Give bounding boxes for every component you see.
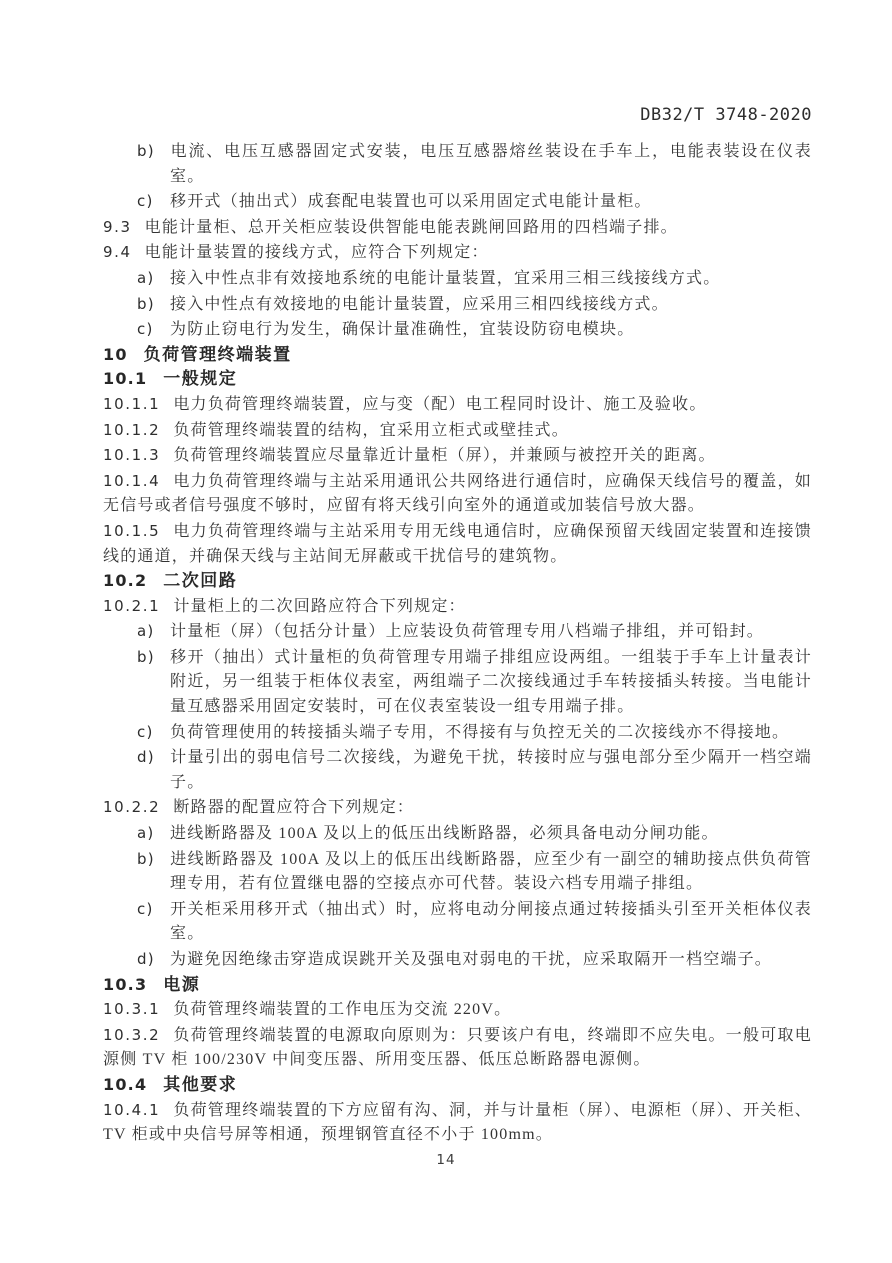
heading-text: 二次回路 [163,571,237,590]
clause-text: 电能计量装置的接线方式，应符合下列规定： [145,244,489,261]
clause-10-2-2: 10.2.2断路器的配置应符合下列规定： [103,795,812,821]
section-heading-10-4: 10.4其他要求 [103,1073,812,1098]
clause-10-4-1: 10.4.1负荷管理终端装置的下方应留有沟、洞，并与计量柜（屏）、电源柜（屏）、… [103,1098,812,1148]
clause-10-3-1: 10.3.1负荷管理终端装置的工作电压为交流 220V。 [103,997,812,1023]
list-text: 负荷管理使用的转接插头端子专用，不得接有与负控无关的二次接线亦不得接地。 [170,724,789,741]
list-text: 为避免因绝缘击穿造成误跳开关及强电对弱电的干扰，应采取隔开一档空端子。 [170,951,772,968]
list-item-a: a)进线断路器及 100A 及以上的低压出线断路器，必须具备电动分闸功能。 [103,821,812,847]
list-item-b: b)进线断路器及 100A 及以上的低压出线断路器，应至少有一副空的辅助接点供负… [103,847,812,897]
heading-text: 电源 [163,975,200,994]
list-item-b: b)移开（抽出）式计量柜的负荷管理专用端子排组应设两组。一组装于手车上计量表计附… [103,645,812,720]
clause-9-4: 9.4电能计量装置的接线方式，应符合下列规定： [103,240,812,266]
heading-text: 负荷管理终端装置 [144,345,292,364]
clause-text: 计量柜上的二次回路应符合下列规定： [173,598,465,615]
list-item-d: d)为避免因绝缘击穿造成误跳开关及强电对弱电的干扰，应采取隔开一档空端子。 [103,947,812,973]
list-text: 移开（抽出）式计量柜的负荷管理专用端子排组应设两组。一组装于手车上计量表计附近，… [170,649,812,715]
list-label: b) [137,292,170,317]
clause-10-3-2: 10.3.2负荷管理终端装置的电源取向原则为：只要该户有电，终端即不应失电。一般… [103,1023,812,1073]
clause-text: 负荷管理终端装置的下方应留有沟、洞，并与计量柜（屏）、电源柜（屏）、开关柜、TV… [103,1102,812,1144]
page-number: 14 [0,1152,892,1168]
heading-text: 其他要求 [163,1075,237,1094]
heading-text: 一般规定 [163,369,237,388]
list-label: d) [137,745,170,770]
clause-number: 10.1.5 [103,519,160,544]
clause-text: 电力负荷管理终端与主站采用通讯公共网络进行通信时，应确保天线信号的覆盖，如无信号… [103,473,812,515]
list-text: 接入中性点非有效接地系统的电能计量装置，宜采用三相三线接线方式。 [170,270,720,287]
list-text: 移开式（抽出式）成套配电装置也可以采用固定式电能计量柜。 [170,193,652,210]
list-text: 进线断路器及 100A 及以上的低压出线断路器，必须具备电动分闸功能。 [170,825,719,842]
list-label: b) [137,847,170,872]
list-label: a) [137,821,170,846]
clause-number: 10.1.1 [103,392,160,417]
list-label: b) [137,645,170,670]
list-text: 为防止窃电行为发生，确保计量准确性，宜装设防窃电模块。 [170,321,634,338]
clause-text: 电力负荷管理终端与主站采用专用无线电通信时，应确保预留天线固定装置和连接馈线的通… [103,523,812,565]
document-body: b)电流、电压互感器固定式安装，电压互感器熔丝装设在手车上，电能表装设在仪表室。… [103,139,812,1148]
list-label: b) [137,139,170,164]
list-item-a: a)接入中性点非有效接地系统的电能计量装置，宜采用三相三线接线方式。 [103,266,812,292]
heading-number: 10 [103,343,128,368]
list-label: c) [137,189,170,214]
section-heading-10-3: 10.3电源 [103,973,812,998]
list-item-a: a)计量柜（屏）（包括分计量）上应装设负荷管理专用八档端子排组，并可铅封。 [103,619,812,645]
list-label: c) [137,897,170,922]
clause-number: 10.3.2 [103,1023,160,1048]
clause-10-1-3: 10.1.3负荷管理终端装置应尽量靠近计量柜（屏），并兼顾与被控开关的距离。 [103,443,812,469]
list-text: 电流、电压互感器固定式安装，电压互感器熔丝装设在手车上，电能表装设在仪表室。 [170,143,812,185]
list-label: a) [137,266,170,291]
clause-text: 电能计量柜、总开关柜应装设供智能电能表跳闸回路用的四档端子排。 [145,219,678,236]
list-text: 计量引出的弱电信号二次接线，为避免干扰，转接时应与强电部分至少隔开一档空端子。 [170,749,812,791]
clause-text: 负荷管理终端装置的电源取向原则为：只要该户有电，终端即不应失电。一般可取电源侧 … [103,1027,812,1069]
list-item-c: c)为防止窃电行为发生，确保计量准确性，宜装设防窃电模块。 [103,317,812,343]
list-label: c) [137,317,170,342]
heading-number: 10.4 [103,1073,147,1098]
clause-number: 10.1.2 [103,418,160,443]
section-heading-10-2: 10.2二次回路 [103,569,812,594]
list-label: d) [137,947,170,972]
clause-text: 负荷管理终端装置的结构，宜采用立柜式或壁挂式。 [173,422,569,439]
list-item-b: b)电流、电压互感器固定式安装，电压互感器熔丝装设在手车上，电能表装设在仪表室。 [103,139,812,189]
clause-10-1-5: 10.1.5电力负荷管理终端与主站采用专用无线电通信时，应确保预留天线固定装置和… [103,519,812,569]
clause-text: 断路器的配置应符合下列规定： [173,799,414,816]
list-text: 开关柜采用移开式（抽出式）时，应将电动分闸接点通过转接插头引至开关柜体仪表室。 [170,901,812,943]
section-heading-10-1: 10.1一般规定 [103,367,812,392]
standard-code: DB32/T 3748-2020 [640,105,812,125]
list-item-c: c)开关柜采用移开式（抽出式）时，应将电动分闸接点通过转接插头引至开关柜体仪表室… [103,897,812,947]
clause-number: 10.2.2 [103,795,160,820]
clause-10-1-1: 10.1.1电力负荷管理终端装置，应与变（配）电工程同时设计、施工及验收。 [103,392,812,418]
clause-text: 负荷管理终端装置的工作电压为交流 220V。 [173,1001,511,1018]
clause-number: 10.1.3 [103,443,160,468]
list-item-d: d)计量引出的弱电信号二次接线，为避免干扰，转接时应与强电部分至少隔开一档空端子… [103,745,812,795]
clause-number: 10.3.1 [103,997,160,1022]
clause-number: 10.1.4 [103,469,160,494]
list-item-c: c)移开式（抽出式）成套配电装置也可以采用固定式电能计量柜。 [103,189,812,215]
clause-number: 10.2.1 [103,594,160,619]
document-page: DB32/T 3748-2020 b)电流、电压互感器固定式安装，电压互感器熔丝… [0,0,892,1263]
section-heading-10: 10负荷管理终端装置 [103,343,812,368]
heading-number: 10.1 [103,367,147,392]
clause-number: 9.3 [103,215,132,240]
list-item-c: c)负荷管理使用的转接插头端子专用，不得接有与负控无关的二次接线亦不得接地。 [103,720,812,746]
clause-number: 9.4 [103,240,132,265]
clause-text: 电力负荷管理终端装置，应与变（配）电工程同时设计、施工及验收。 [173,396,706,413]
list-text: 计量柜（屏）（包括分计量）上应装设负荷管理专用八档端子排组，并可铅封。 [170,623,764,640]
list-text: 接入中性点有效接地的电能计量装置，应采用三相四线接线方式。 [170,296,669,313]
list-item-b: b)接入中性点有效接地的电能计量装置，应采用三相四线接线方式。 [103,292,812,318]
list-text: 进线断路器及 100A 及以上的低压出线断路器，应至少有一副空的辅助接点供负荷管… [170,851,812,893]
list-label: c) [137,720,170,745]
clause-number: 10.4.1 [103,1098,160,1123]
clause-10-1-2: 10.1.2负荷管理终端装置的结构，宜采用立柜式或壁挂式。 [103,418,812,444]
heading-number: 10.2 [103,569,147,594]
list-label: a) [137,619,170,644]
clause-10-2-1: 10.2.1计量柜上的二次回路应符合下列规定： [103,594,812,620]
clause-9-3: 9.3电能计量柜、总开关柜应装设供智能电能表跳闸回路用的四档端子排。 [103,215,812,241]
heading-number: 10.3 [103,973,147,998]
clause-text: 负荷管理终端装置应尽量靠近计量柜（屏），并兼顾与被控开关的距离。 [173,447,715,464]
clause-10-1-4: 10.1.4电力负荷管理终端与主站采用通讯公共网络进行通信时，应确保天线信号的覆… [103,469,812,519]
